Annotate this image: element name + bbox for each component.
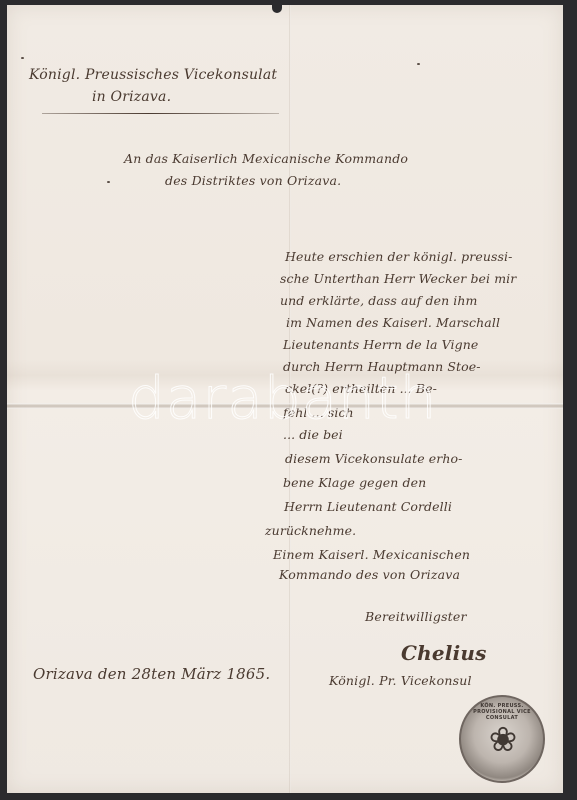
paper-sheet: Königl. Preussisches Vicekonsulat in Ori…: [7, 5, 563, 793]
body-line: zurücknehme.: [265, 523, 356, 538]
paper-notch: [272, 5, 282, 13]
body-line: Herrn Lieutenant Cordelli: [284, 499, 452, 514]
body-line: Heute erschien der königl. preussi-: [285, 249, 512, 264]
body-line: diesem Vicekonsulate erho-: [285, 451, 462, 466]
body-line: und erklärte, dass auf den ihm: [280, 293, 478, 308]
paper-speck: [21, 57, 24, 59]
valediction: Bereitwilligster: [365, 609, 467, 624]
closing-line-2: Kommando des von Orizava: [279, 567, 460, 582]
sender-heading-line-1: Königl. Preussisches Vicekonsulat: [29, 67, 277, 83]
paper-speck: [107, 181, 110, 183]
place-date: Orizava den 28ten März 1865.: [33, 665, 270, 683]
body-line: bene Klage gegen den: [283, 475, 426, 490]
eagle-emblem-icon: ❀: [483, 717, 523, 765]
body-line: sche Unterthan Herr Wecker bei mir: [280, 271, 516, 286]
body-line: Lieutenants Herrn de la Vigne: [283, 337, 478, 352]
body-line: fehl ... sich: [283, 405, 354, 420]
body-line: ckel(?) ertheilten ... Be-: [285, 381, 437, 396]
body-line: durch Herrn Hauptmann Stoe-: [283, 359, 481, 374]
body-line: ... die bei: [283, 427, 343, 442]
closing-line-1: Einem Kaiserl. Mexicanischen: [273, 547, 470, 562]
sender-heading-line-2: in Orizava.: [92, 89, 171, 105]
signature-title: Königl. Pr. Vicekonsul: [329, 673, 472, 688]
body-line: im Namen des Kaiserl. Marschall: [286, 315, 500, 330]
signature: Chelius: [401, 641, 487, 665]
heading-underline: [42, 113, 279, 114]
addressee-line-2: des Distriktes von Orizava.: [165, 173, 341, 188]
paper-speck: [417, 63, 420, 65]
embossed-seal: KÖN. PREUSS. PROVISIONAL VICE CONSULAT ❀: [459, 695, 545, 783]
addressee-line-1: An das Kaiserlich Mexicanische Kommando: [124, 151, 408, 166]
scanned-document: Königl. Preussisches Vicekonsulat in Ori…: [0, 0, 577, 800]
